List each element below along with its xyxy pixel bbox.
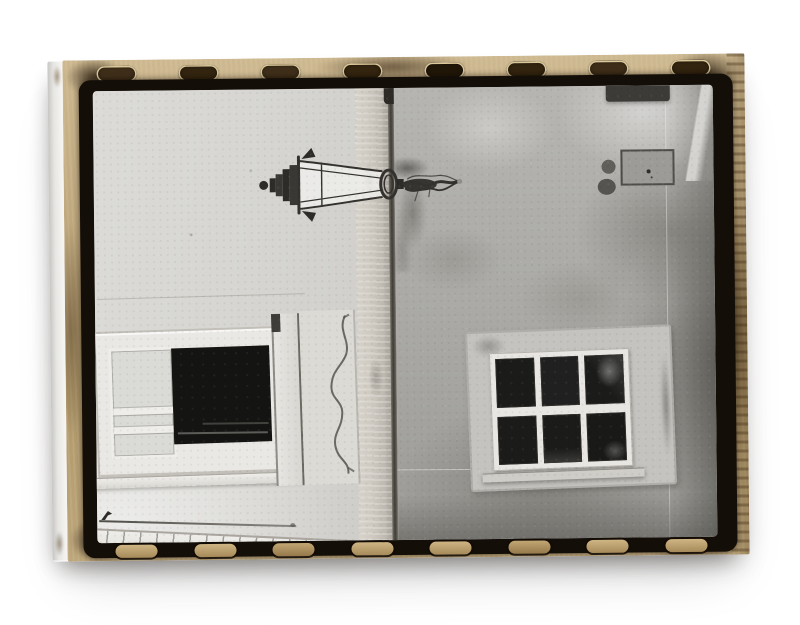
- window-reflection-line: [178, 431, 268, 434]
- wall-plaque: [620, 149, 674, 186]
- street-lantern: [251, 133, 467, 235]
- plaque-marks: [647, 169, 651, 173]
- right-window-frame: [489, 348, 633, 471]
- wall-stain-spot: [601, 160, 615, 174]
- roof-eave: [606, 85, 670, 102]
- wall-stain-spot: [598, 179, 616, 195]
- window-pane: [584, 354, 625, 404]
- canvas-print: [47, 53, 749, 561]
- left-window-opening: [171, 345, 272, 444]
- window-reflection-line: [203, 421, 269, 423]
- wire-end-mark: [290, 523, 295, 527]
- photograph: [93, 85, 718, 543]
- window-pane: [542, 413, 583, 463]
- window-pane: [497, 415, 537, 465]
- wall-grime: [398, 493, 717, 540]
- carved-board: [299, 309, 361, 485]
- film-border: [62, 53, 749, 561]
- white-wall-background: [0, 0, 800, 625]
- left-window-casement: [108, 346, 178, 459]
- window-pane: [540, 356, 581, 406]
- window-pane: [495, 358, 535, 408]
- left-window: [93, 311, 361, 500]
- casement-rail: [114, 425, 174, 434]
- right-window: [465, 322, 677, 496]
- window-pane: [587, 412, 628, 462]
- carved-board-profile: [299, 309, 361, 485]
- casement-rail: [113, 406, 173, 415]
- wall-corner-highlight: [683, 85, 714, 181]
